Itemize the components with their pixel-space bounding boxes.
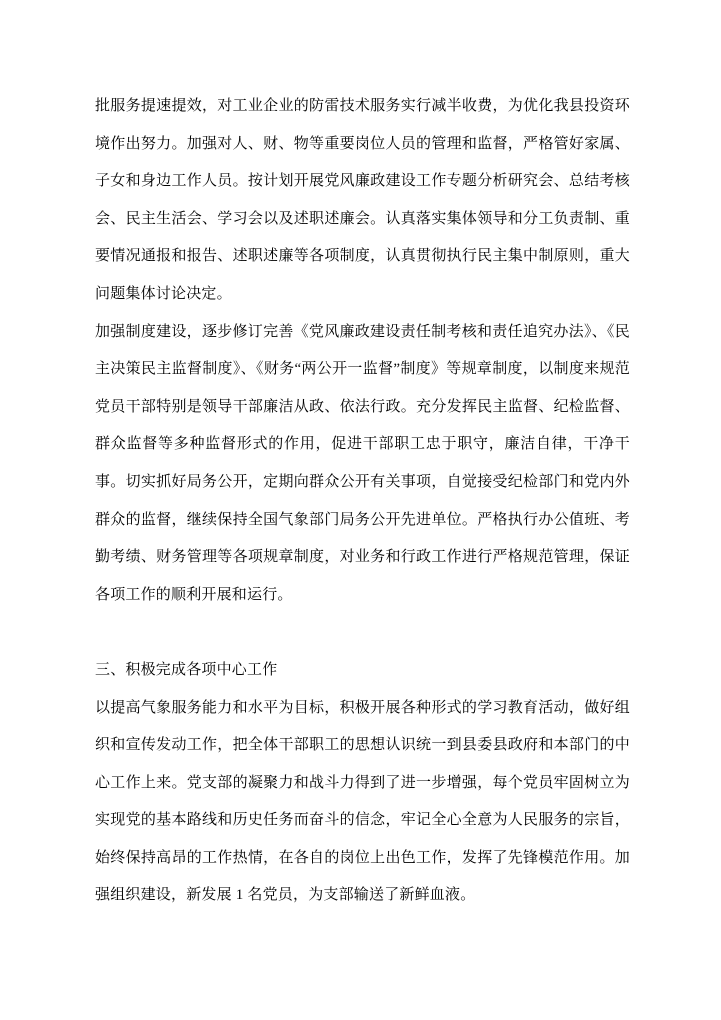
body-paragraph-1: 批服务提速提效，对工业企业的防雷技术服务实行减半收费，为优化我县投资环境作出努力…: [95, 88, 630, 314]
body-paragraph-3: 以提高气象服务能力和水平为目标，积极开展各种形式的学习教育活动，做好组织和宣传发…: [95, 690, 630, 916]
body-paragraph-2: 加强制度建设，逐步修订完善《党风廉政建设责任制考核和责任追究办法》、《民主决策民…: [95, 314, 630, 615]
document-page: 批服务提速提效，对工业企业的防雷技术服务实行减半收费，为优化我县投资环境作出努力…: [0, 0, 721, 1020]
section-heading: 三、积极完成各项中心工作: [95, 652, 630, 690]
